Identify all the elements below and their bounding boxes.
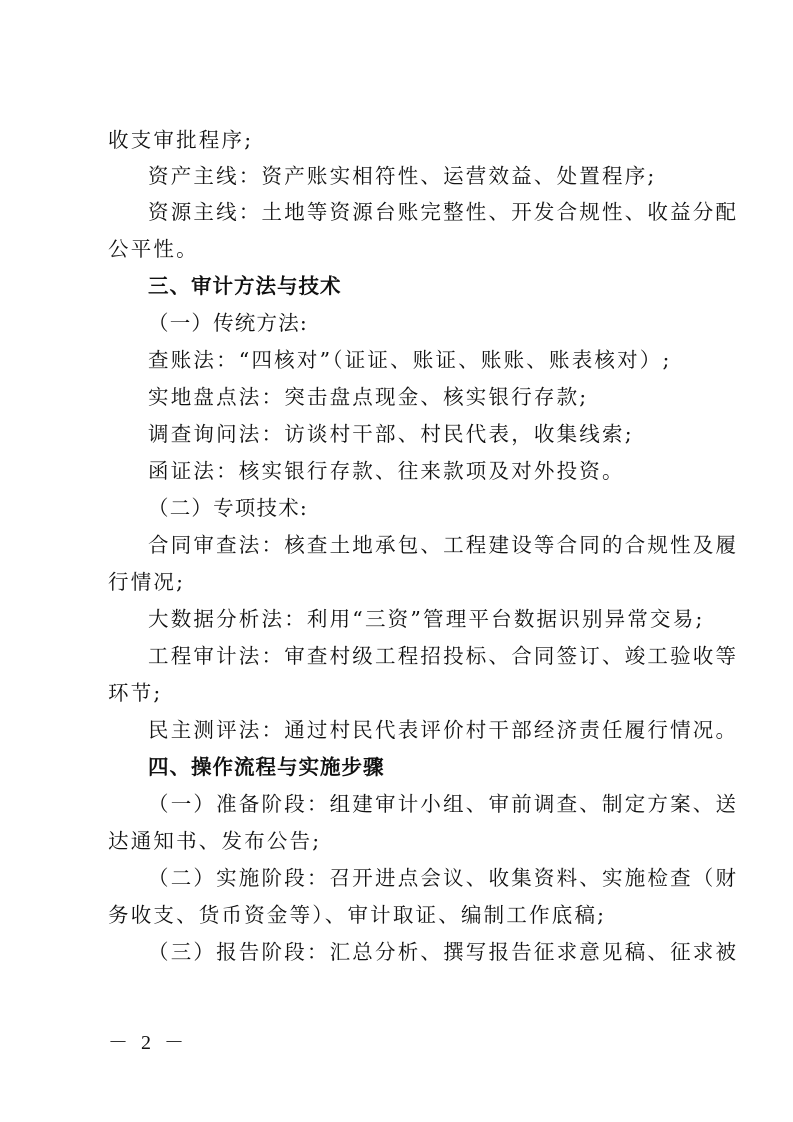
page-number: － 2 － — [108, 1026, 188, 1055]
text-line: 环节; — [108, 679, 708, 707]
subsection-heading: （一）传统方法: — [148, 309, 748, 337]
text-line: 大数据分析法：利用“三资”管理平台数据识别异常交易; — [148, 605, 748, 633]
section-heading: 四、操作流程与实施步骤 — [148, 753, 748, 781]
text-line: 资产主线：资产账实相符性、运营效益、处置程序; — [148, 162, 748, 190]
text-line: 资源主线：土地等资源台账完整性、开发合规性、收益分配 — [148, 198, 748, 226]
text-line: 函证法：核实银行存款、往来款项及对外投资。 — [148, 457, 748, 485]
text-line: 合同审查法：核查土地承包、工程建设等合同的合规性及履 — [148, 531, 748, 559]
text-line: （三）报告阶段：汇总分析、撰写报告征求意见稿、征求被 — [148, 938, 748, 966]
text-line: 实地盘点法：突击盘点现金、核实银行存款; — [148, 383, 748, 411]
text-line: 务收支、货币资金等）、审计取证、编制工作底稿; — [108, 901, 708, 929]
text-line: （二）实施阶段：召开进点会议、收集资料、实施检查（财 — [148, 864, 748, 892]
text-line: 调查询问法：访谈村干部、村民代表，收集线索; — [148, 420, 748, 448]
document-page: 收支审批程序; 资产主线：资产账实相符性、运营效益、处置程序; 资源主线：土地等… — [0, 0, 793, 1122]
text-line: 收支审批程序; — [108, 126, 708, 154]
text-line: 达通知书、发布公告; — [108, 827, 708, 855]
text-line: 民主测评法：通过村民代表评价村干部经济责任履行情况。 — [148, 716, 748, 744]
text-line: （一）准备阶段：组建审计小组、审前调查、制定方案、送 — [148, 790, 748, 818]
text-line: 公平性。 — [108, 235, 708, 263]
text-line: 查账法：“四核对”（证证、账证、账账、账表核对）; — [148, 346, 748, 374]
text-line: 工程审计法：审查村级工程招投标、合同签订、竣工验收等 — [148, 642, 748, 670]
subsection-heading: （二）专项技术: — [148, 494, 748, 522]
section-heading: 三、审计方法与技术 — [148, 272, 748, 300]
text-line: 行情况; — [108, 568, 708, 596]
